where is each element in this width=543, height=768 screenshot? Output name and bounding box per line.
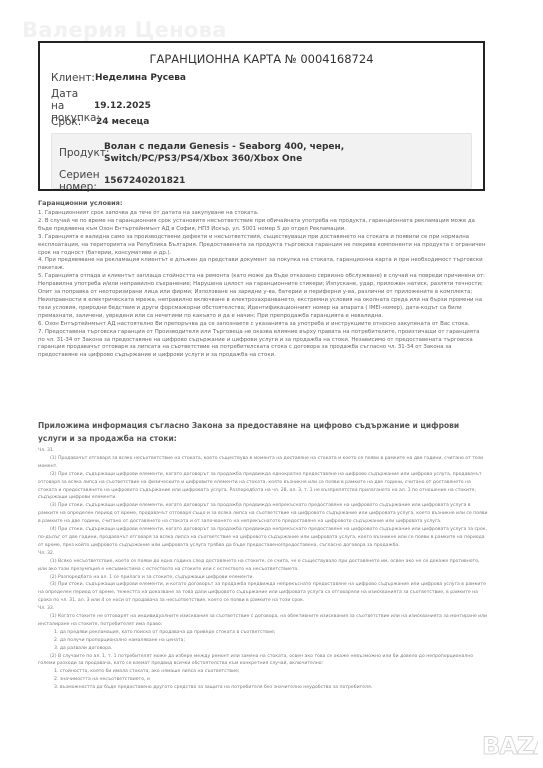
product-value: Волан с педали Genesis - Seaborg 400, че… [104, 141, 464, 165]
law-paragraph: (1) Продавачът отговаря за всяко несъотв… [38, 455, 488, 471]
law-paragraph: (1) Когато стоките не отговарят на индив… [38, 613, 488, 629]
law-paragraph: 2. значимостта на несъответствието, и [38, 676, 488, 684]
watermark-text: Валерия Ценова [22, 18, 227, 42]
serial-label: Сериен номер: [59, 169, 104, 193]
condition-item: 1. Гаранционният срок започва да тече от… [38, 210, 488, 218]
client-row: Клиент: Неделина Русева [51, 72, 186, 84]
condition-item: 2. В случай че по време на гаранционния … [38, 218, 488, 234]
condition-item: 4. При предявяване на рекламация клиентъ… [38, 257, 488, 273]
law-paragraph: (3) При стоки, съдържащи цифрови елемент… [38, 581, 488, 605]
condition-item: 7. Предоставена търговска гаранция от Пр… [38, 329, 488, 361]
law-paragraph: (2) В случаите по ал. 1, т. 1 потребител… [38, 653, 488, 669]
law-article-heading: Чл. 33. [38, 605, 488, 613]
svg-text:BAZAR: BAZAR [482, 732, 538, 760]
warranty-card: ГАРАНЦИОННА КАРТА № 0004168724 Клиент: Н… [38, 41, 485, 191]
law-article-heading: Чл. 32. [38, 550, 488, 558]
client-value: Неделина Русева [95, 73, 186, 83]
product-row: Продукт: Волан с педали Genesis - Seabor… [59, 141, 464, 165]
law-paragraph: (4) При стоки, съдържащи цифрови елемент… [38, 526, 488, 550]
law-paragraph: (3) При стоки, съдържащи цифрови елемент… [38, 502, 488, 526]
law-paragraph: 3. възможността да бъде предоставено дру… [38, 684, 488, 692]
serial-value: 1567240201821 [104, 176, 185, 186]
term-label: Срок: [51, 116, 96, 128]
serial-row: Сериен номер: 1567240201821 [59, 169, 185, 193]
client-label: Клиент: [51, 72, 95, 84]
condition-item: 3. Гаранцията е валидна само за производ… [38, 234, 488, 258]
bazar-logo-icon: BAZAR [480, 722, 538, 760]
purchase-date-value: 19.12.2025 [94, 101, 151, 111]
law-article-heading: Чл. 31. [38, 447, 488, 455]
law-paragraph: 1. да предяви рекламация, като поиска от… [38, 629, 488, 637]
law-paragraph: 1. стойността, която би имала стоката, а… [38, 668, 488, 676]
condition-item: 5. Гаранцията отпада и клиентът заплаща … [38, 273, 488, 320]
term-row: Срок: 24 месеца [51, 116, 149, 128]
law-text: Чл. 31.(1) Продавачът отговаря за всяко … [38, 447, 488, 692]
conditions-title: Гаранционни условия: [38, 199, 122, 207]
term-value: 24 месеца [96, 117, 149, 127]
warranty-card-title: ГАРАНЦИОННА КАРТА № 0004168724 [40, 52, 483, 66]
product-box: Продукт: Волан с педали Genesis - Seabor… [51, 133, 472, 189]
product-label: Продукт: [59, 147, 104, 159]
law-paragraph: 2. да получи пропорционално намаляване н… [38, 637, 488, 645]
law-title: Приложима информация съгласно Закона за … [38, 419, 478, 445]
law-paragraph: 3. да развали договора. [38, 645, 488, 653]
law-paragraph: (2) При стоки, съдържащи цифрови елемент… [38, 471, 488, 503]
condition-item: 6. Озон Ентъртейнмънт АД настоятелно Ви … [38, 321, 488, 329]
law-paragraph: (2) Разпоредбата на ал. 1 се прилага и з… [38, 574, 488, 582]
conditions-list: 1. Гаранционният срок започва да тече от… [38, 210, 488, 360]
law-paragraph: (1) Всяко несъответствие, което се появи… [38, 558, 488, 574]
